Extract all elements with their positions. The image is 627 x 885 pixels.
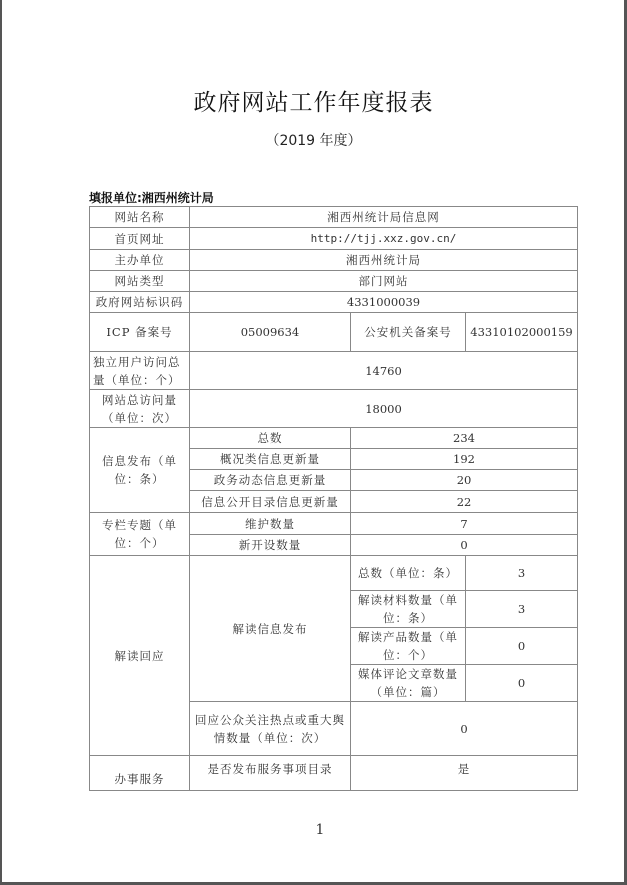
label-cell: 解读材料数量（单位：条） [351, 591, 466, 628]
value-cell: 是 [351, 756, 578, 791]
table-row-services-catalog: 办事服务 是否发布服务事项目录 是 [90, 756, 578, 791]
document-subtitle: （2019 年度） [0, 130, 627, 150]
value-cell: 3 [466, 556, 578, 591]
reporting-unit: 填报单位:湘西州统计局 [89, 189, 214, 206]
value-cell: 湘西州统计局信息网 [190, 207, 578, 228]
value-cell: 0 [351, 702, 578, 756]
services-label: 办事服务 [90, 756, 190, 791]
value-cell: 0 [466, 665, 578, 702]
label-cell: 回应公众关注热点或重大舆情数量（单位：次） [190, 702, 351, 756]
columns-label: 专栏专题（单位：个） [90, 513, 190, 556]
label-cell: 网站名称 [90, 207, 190, 228]
label-cell: 信息公开目录信息更新量 [190, 491, 351, 513]
label-cell: 总数 [190, 428, 351, 449]
info-publish-label: 信息发布（单位：条） [90, 428, 190, 513]
value-cell: 192 [351, 449, 578, 470]
police-value-cell: 43310102000159 [466, 313, 578, 352]
value-cell: 234 [351, 428, 578, 449]
table-row-homepage-url: 首页网址 http://tjj.xxz.gov.cn/ [90, 228, 578, 250]
table-row-site-name: 网站名称 湘西州统计局信息网 [90, 207, 578, 228]
label-cell: 解读产品数量（单位：个） [351, 628, 466, 665]
label-cell: 维护数量 [190, 513, 351, 535]
label-cell: 总数（单位：条） [351, 556, 466, 591]
label-cell: 政务动态信息更新量 [190, 470, 351, 491]
interpretation-sub-label: 解读信息发布 [190, 556, 351, 702]
label-cell: ICP 备案号 [90, 313, 190, 352]
value-cell: 湘西州统计局 [190, 250, 578, 271]
value-cell: 7 [351, 513, 578, 535]
label-cell: 政府网站标识码 [90, 292, 190, 313]
value-cell: 14760 [190, 352, 578, 390]
table-row-site-type: 网站类型 部门网站 [90, 271, 578, 292]
table-row-sponsor: 主办单位 湘西州统计局 [90, 250, 578, 271]
label-cell: 主办单位 [90, 250, 190, 271]
value-cell: 22 [351, 491, 578, 513]
value-cell: 0 [351, 535, 578, 556]
label-cell: 媒体评论文章数量（单位：篇） [351, 665, 466, 702]
report-table: 网站名称 湘西州统计局信息网 首页网址 http://tjj.xxz.gov.c… [89, 206, 578, 791]
label-cell: 独立用户访问总量（单位：个） [90, 352, 190, 390]
police-label-cell: 公安机关备案号 [351, 313, 466, 352]
page-number: 1 [0, 822, 627, 838]
document-title: 政府网站工作年度报表 [0, 84, 627, 117]
icp-value-cell: 05009634 [190, 313, 351, 352]
value-cell: 4331000039 [190, 292, 578, 313]
table-row-columns-maintained: 专栏专题（单位：个） 维护数量 7 [90, 513, 578, 535]
table-row-total-visits: 网站总访问量（单位：次） 18000 [90, 390, 578, 428]
value-cell: 部门网站 [190, 271, 578, 292]
table-row-unique-visitors: 独立用户访问总量（单位：个） 14760 [90, 352, 578, 390]
label-cell: 新开设数量 [190, 535, 351, 556]
label-cell: 网站类型 [90, 271, 190, 292]
label-cell: 网站总访问量（单位：次） [90, 390, 190, 428]
value-cell: 18000 [190, 390, 578, 428]
value-cell: 0 [466, 628, 578, 665]
table-row-interp-total: 解读回应 解读信息发布 总数（单位：条） 3 [90, 556, 578, 591]
label-cell: 是否发布服务事项目录 [190, 756, 351, 791]
table-row-info-total: 信息发布（单位：条） 总数 234 [90, 428, 578, 449]
interpretation-label: 解读回应 [90, 556, 190, 756]
url-value-cell: http://tjj.xxz.gov.cn/ [190, 228, 578, 250]
table-row-icp: ICP 备案号 05009634 公安机关备案号 43310102000159 [90, 313, 578, 352]
label-cell: 首页网址 [90, 228, 190, 250]
value-cell: 3 [466, 591, 578, 628]
label-cell: 概况类信息更新量 [190, 449, 351, 470]
value-cell: 20 [351, 470, 578, 491]
table-row-site-id: 政府网站标识码 4331000039 [90, 292, 578, 313]
